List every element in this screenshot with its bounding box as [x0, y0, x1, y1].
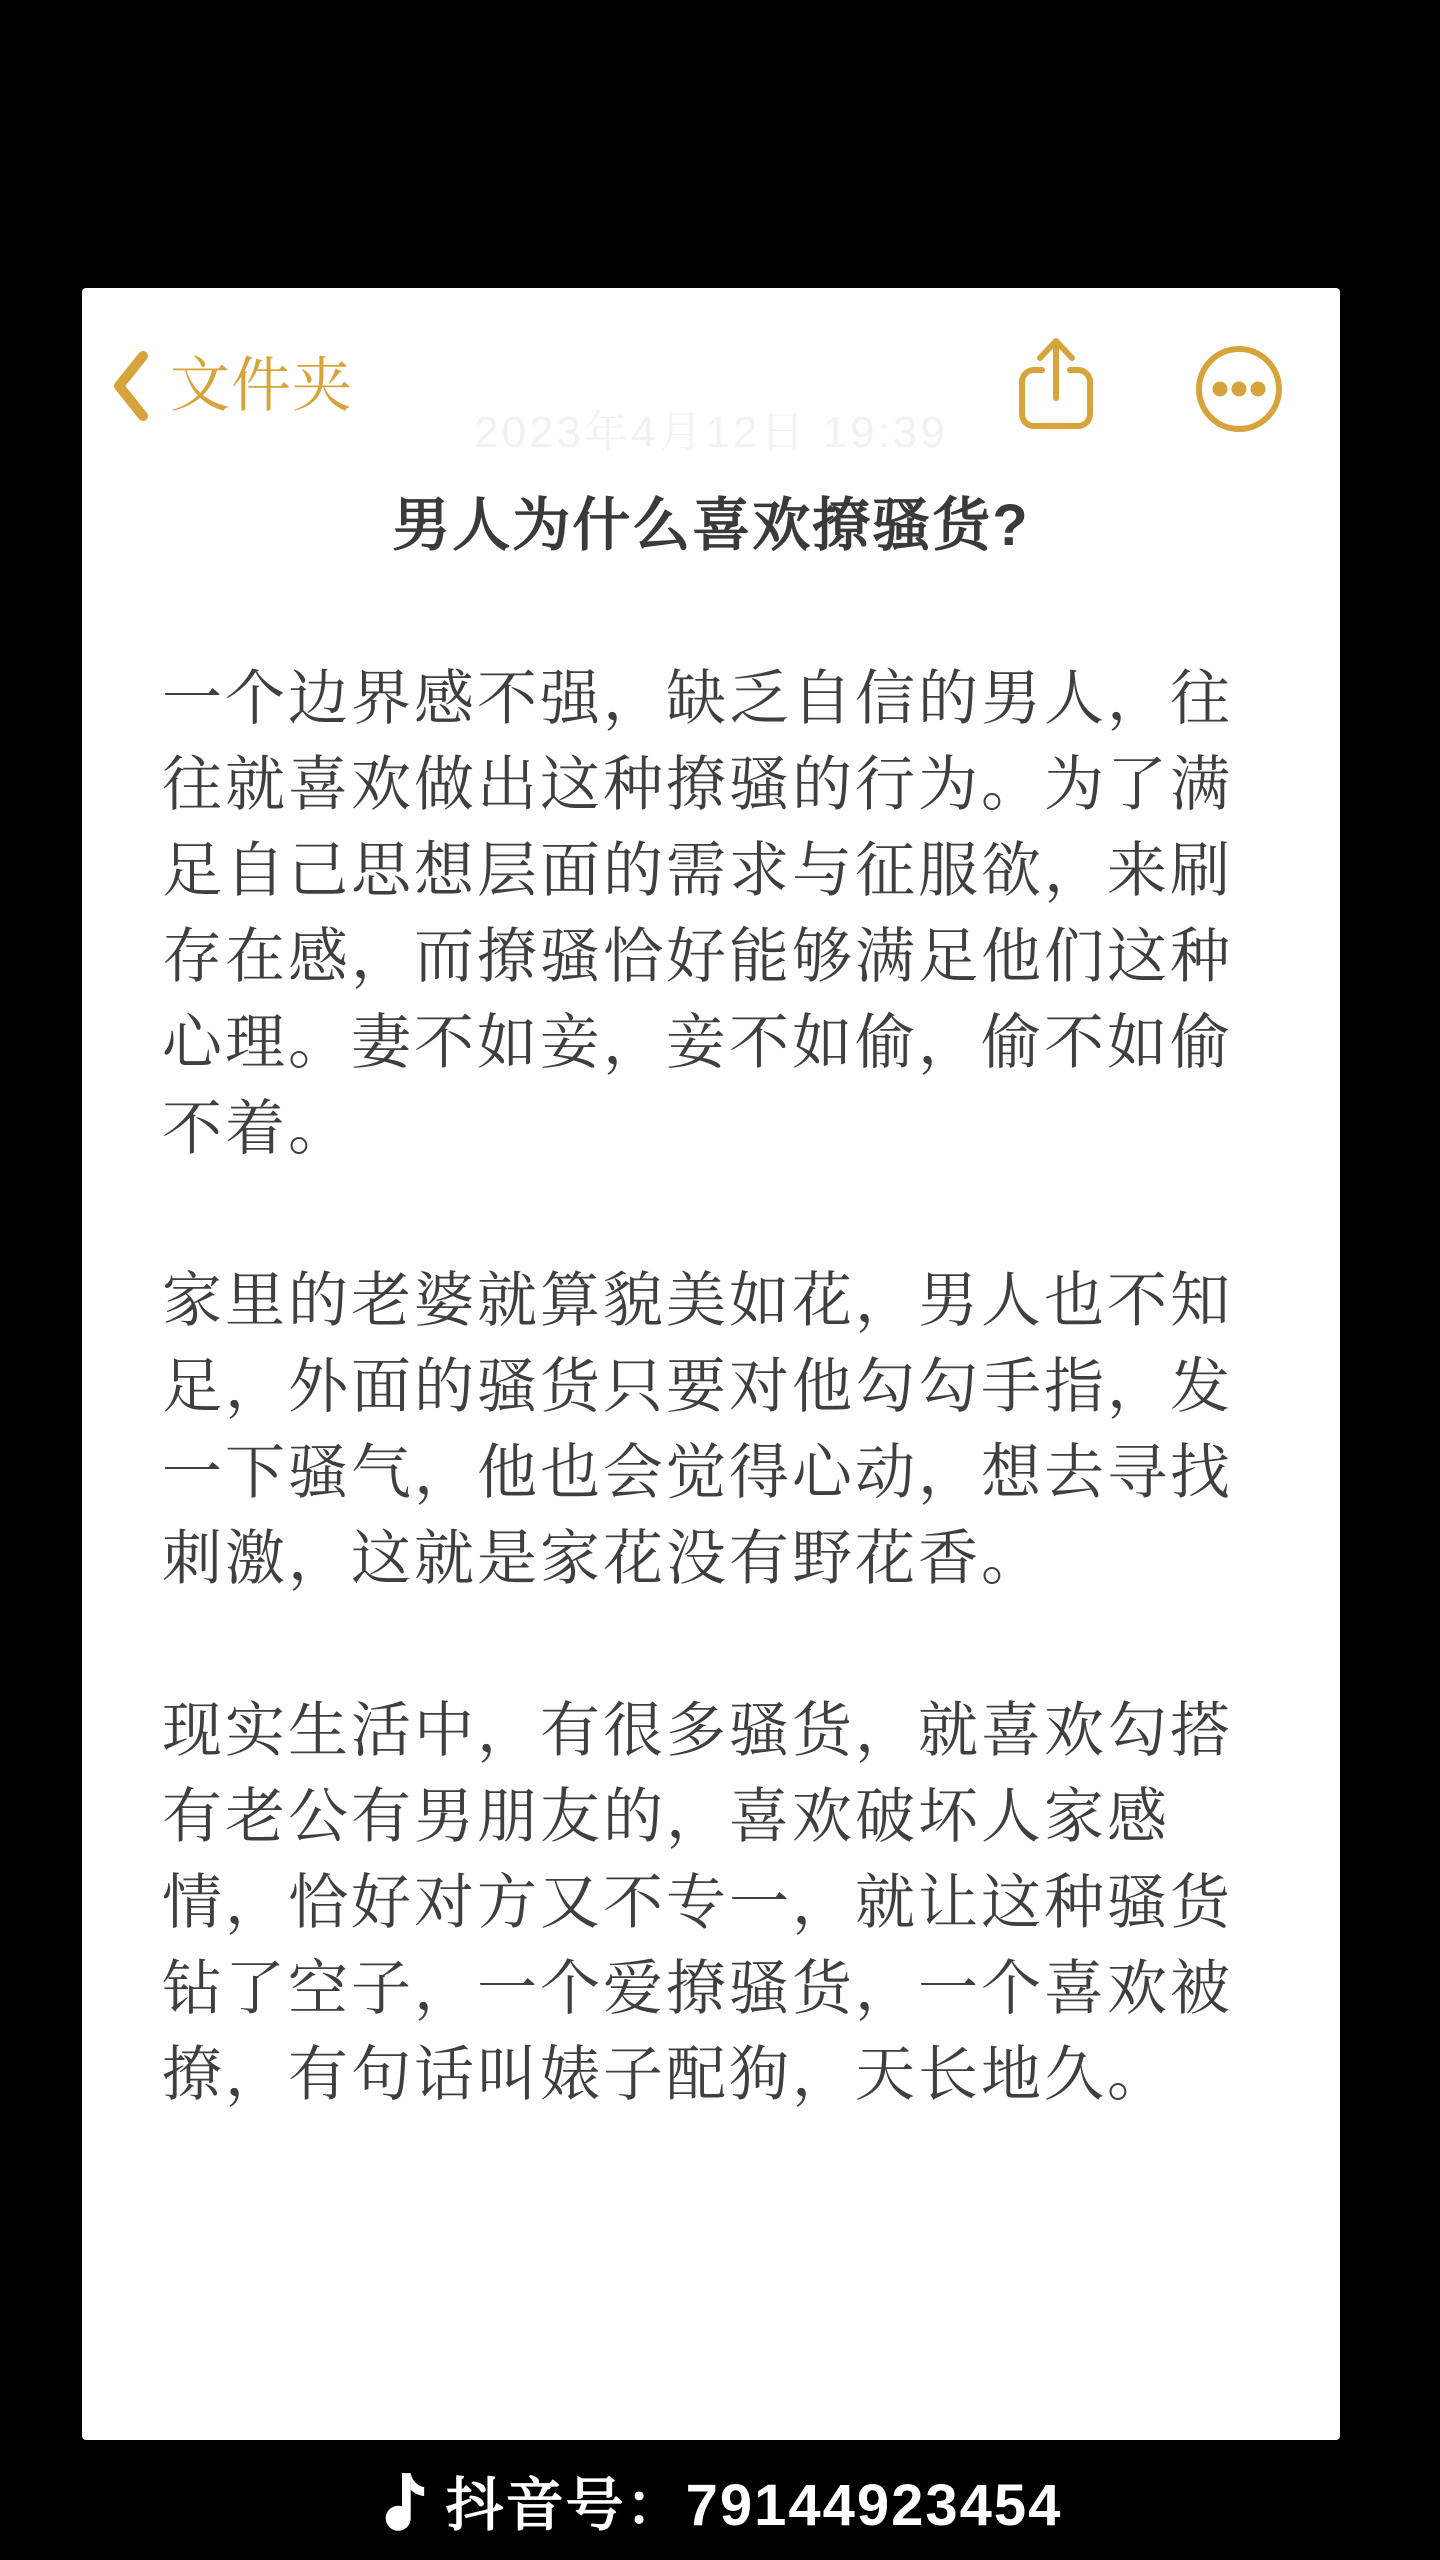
- more-options-button[interactable]: [1194, 344, 1284, 434]
- back-button-label: 文件夹: [170, 348, 353, 424]
- note-paragraph: 一个边界感不强，缺乏自信的男人，往往就喜欢做出这种撩骚的行为。为了满足自己思想层…: [162, 656, 1262, 1172]
- back-button[interactable]: 文件夹: [110, 348, 353, 424]
- music-note-icon: [378, 2469, 428, 2531]
- back-chevron-icon: [110, 348, 150, 424]
- douyin-watermark: 抖音号：79144923454: [0, 2440, 1440, 2560]
- douyin-id-label: 抖音号：79144923454: [446, 2458, 1063, 2542]
- screen-background: 文件夹 2023年4月12日 19:39: [0, 0, 1440, 2560]
- note-title[interactable]: 男人为什么喜欢撩骚货?: [82, 478, 1340, 562]
- note-card: 文件夹 2023年4月12日 19:39: [82, 288, 1340, 2440]
- share-button[interactable]: [1015, 334, 1097, 434]
- ellipsis-icon: [1194, 344, 1284, 434]
- share-icon: [1015, 334, 1097, 434]
- note-body-text[interactable]: 一个边界感不强，缺乏自信的男人，往往就喜欢做出这种撩骚的行为。为了满足自己思想层…: [162, 656, 1262, 2118]
- note-paragraph: 现实生活中，有很多骚货，就喜欢勾搭有老公有男朋友的，喜欢破坏人家感情，恰好对方又…: [162, 1688, 1262, 2118]
- note-paragraph: 家里的老婆就算貌美如花，男人也不知足，外面的骚货只要对他勾勾手指，发一下骚气，他…: [162, 1258, 1262, 1602]
